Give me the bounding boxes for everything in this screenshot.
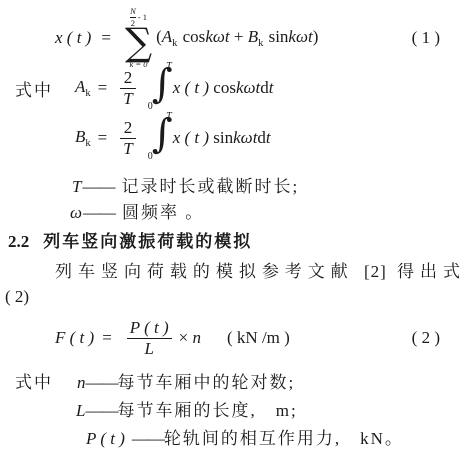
fraction-numerator: 2 bbox=[121, 69, 136, 87]
sin-argument: kωt bbox=[233, 128, 257, 147]
summation-symbol: N 2 - 1 ∑ k = 0 bbox=[125, 7, 152, 69]
sin-argument: kωt bbox=[288, 27, 312, 46]
multiply-sign: × bbox=[179, 328, 189, 347]
Bk-lhs: Bk bbox=[75, 127, 92, 149]
formula-Ak: 式中 Ak = 2 T ∫ T 0 x ( t ) coskωtdt bbox=[0, 64, 472, 112]
var-A: A bbox=[75, 77, 85, 96]
definition-text: 每节车厢中的轮对数; bbox=[118, 373, 296, 392]
equals-sign: = bbox=[102, 328, 112, 348]
subscript-k: k bbox=[258, 38, 263, 49]
equation-number-1: ( 1 ) bbox=[412, 28, 440, 48]
integral-symbol: ∫ T 0 bbox=[148, 64, 170, 112]
integral-symbol: ∫ T 0 bbox=[148, 114, 170, 162]
definition-T: T——记录时长或截断时长; bbox=[0, 172, 472, 194]
equation-1: x ( t ) = N 2 - 1 ∑ k = 0 (Ak coskωt + B… bbox=[0, 8, 472, 68]
subscript-k: k bbox=[172, 38, 177, 49]
integral-upper-limit: T bbox=[166, 112, 172, 122]
fraction-numerator: 2 bbox=[121, 119, 136, 137]
eq1-lhs: x ( t ) bbox=[55, 28, 91, 48]
sigma-icon: ∑ bbox=[125, 27, 152, 58]
differential-var: t bbox=[266, 128, 271, 147]
var-A: A bbox=[162, 27, 172, 46]
differential-var: t bbox=[269, 78, 274, 97]
fraction-2-over-T: 2 T bbox=[120, 69, 135, 108]
fraction-denominator: T bbox=[120, 140, 135, 158]
formula-Bk: Bk = 2 T ∫ T 0 x ( t ) sinkωtdt bbox=[0, 114, 472, 162]
var-B: B bbox=[248, 27, 258, 46]
differential-d: d bbox=[257, 128, 266, 147]
symbol-Pt: P ( t ) bbox=[86, 429, 125, 448]
paragraph-line2: ( 2) bbox=[0, 287, 472, 311]
equals-sign: = bbox=[98, 78, 108, 98]
eq2-lhs: F ( t ) bbox=[55, 328, 94, 348]
eq1-body: (Ak coskωt + Bk sinkωt) bbox=[156, 27, 318, 49]
var-xt: x ( t ) bbox=[173, 78, 209, 97]
integral-upper-limit: T bbox=[166, 62, 172, 72]
equals-sign: = bbox=[101, 28, 111, 48]
paragraph-line1: 列车竖向荷载的模拟参考文献 [2] 得出式 bbox=[55, 257, 461, 281]
symbol-omega: ω bbox=[70, 203, 82, 222]
integral-lower-limit: 0 bbox=[148, 152, 153, 162]
sin-function: sin bbox=[269, 27, 289, 46]
var-xt: x ( t ) bbox=[173, 128, 209, 147]
symbol-n: n bbox=[77, 373, 86, 392]
section-title: 列车竖向激振荷载的模拟 bbox=[43, 232, 252, 251]
definition-dash: —— bbox=[86, 373, 118, 392]
section-number: 2.2 bbox=[8, 232, 29, 251]
document-page: { "page": { "bg": "#ffffff", "fg": "#1b1… bbox=[0, 0, 472, 452]
where-label: 式中 bbox=[15, 76, 53, 101]
eq2-times-n: × n bbox=[179, 328, 201, 348]
definition-dash: —— bbox=[83, 203, 115, 222]
var-n: n bbox=[193, 328, 202, 347]
cos-function: cos bbox=[183, 27, 206, 46]
cos-argument: kωt bbox=[205, 27, 229, 46]
definition-dash: —— bbox=[132, 429, 164, 448]
fraction-denominator: T bbox=[120, 90, 135, 108]
definition-n: 式中n——每节车厢中的轮对数; bbox=[0, 368, 472, 390]
sin-function: sin bbox=[213, 128, 233, 147]
equation-2: F ( t ) = P ( t ) L × n ( kN /m ) ( 2 ) bbox=[0, 314, 472, 362]
cos-function: cos bbox=[213, 78, 236, 97]
definition-omega: ω——圆频率 。 bbox=[0, 198, 472, 220]
definition-L: L——每节车厢的长度, m; bbox=[0, 396, 472, 418]
where-label: 式中 bbox=[15, 373, 53, 392]
symbol-T: T bbox=[72, 177, 81, 196]
Ak-integrand: x ( t ) coskωtdt bbox=[173, 78, 274, 98]
equals-sign: = bbox=[98, 128, 108, 148]
cos-argument: kωt bbox=[236, 78, 260, 97]
var-B: B bbox=[75, 127, 85, 146]
differential-d: d bbox=[260, 78, 269, 97]
subscript-k: k bbox=[85, 88, 90, 99]
sum-upper-numerator: N bbox=[130, 7, 136, 16]
Bk-integrand: x ( t ) sinkωtdt bbox=[173, 128, 271, 148]
definition-dash: —— bbox=[85, 401, 117, 420]
section-heading: 2.2列车竖向激振荷载的模拟 bbox=[0, 227, 472, 251]
fraction-2-over-T: 2 T bbox=[120, 119, 135, 158]
definition-text: 每节车厢的长度, m; bbox=[117, 401, 297, 420]
plus-sign: + bbox=[234, 27, 244, 46]
equation-number-2: ( 2 ) bbox=[412, 328, 440, 348]
Ak-lhs: Ak bbox=[75, 77, 92, 99]
subscript-k: k bbox=[85, 138, 90, 149]
definition-text: 记录时长或截断时长; bbox=[121, 177, 299, 196]
close-paren: ) bbox=[313, 27, 319, 46]
definition-dash: —— bbox=[82, 177, 114, 196]
fraction-Pt-over-L: P ( t ) L bbox=[127, 319, 172, 358]
fraction-denominator: L bbox=[141, 340, 156, 358]
definition-text: 圆频率 。 bbox=[122, 203, 204, 222]
fraction-numerator: P ( t ) bbox=[127, 319, 172, 337]
definition-text: 轮轨间的相互作用力, kN。 bbox=[164, 429, 404, 448]
unit-label: ( kN /m ) bbox=[227, 328, 290, 348]
definition-Pt: P ( t )——轮轨间的相互作用力, kN。 bbox=[0, 424, 472, 446]
